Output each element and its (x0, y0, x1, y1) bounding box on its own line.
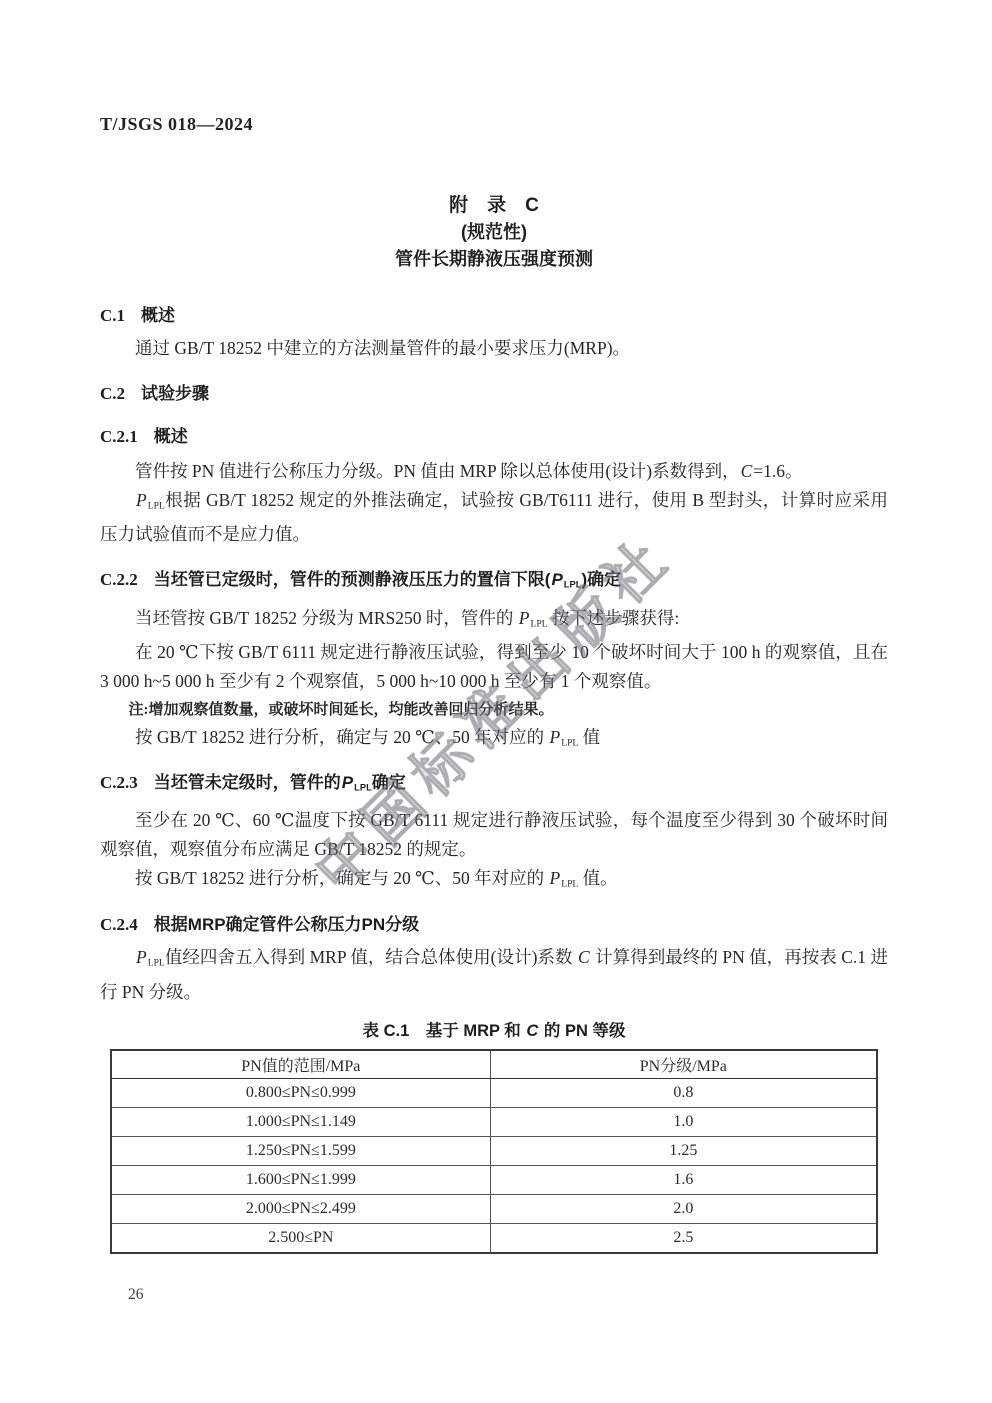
section-number: C.2.4 (100, 915, 138, 934)
pn-grading-table: PN值的范围/MPa PN分级/MPa 0.800≤PN≤0.999 0.8 1… (110, 1049, 878, 1254)
pn-grade-cell: 0.8 (490, 1079, 877, 1108)
pn-grade-cell: 1.25 (490, 1137, 877, 1166)
section-heading-c1: C.1概述 (100, 303, 888, 328)
section-number: C.2.3 (100, 773, 138, 792)
paragraph-c1-1: 通过 GB/T 18252 中建立的方法测量管件的最小要求压力(MRP)。 (100, 334, 888, 363)
section-title: 当坯管未定级时，管件的PLPL确定 (154, 773, 406, 792)
paragraph-c24-1: PLPL值经四舍五入得到 MRP 值，结合总体使用(设计)系数 C 计算得到最终… (100, 943, 888, 1006)
table-row: 2.500≤PN 2.5 (111, 1224, 877, 1253)
section-title: 根据MRP确定管件公称压力PN分级 (154, 915, 419, 934)
section-heading-c2: C.2试验步骤 (100, 381, 888, 406)
section-number: C.2 (100, 384, 125, 403)
pn-grade-cell: 2.5 (490, 1224, 877, 1253)
pn-range-cell: 2.500≤PN (111, 1224, 490, 1253)
appendix-heading: 管件长期静液压强度预测 (100, 246, 888, 273)
standard-number: T/JSGS 018—2024 (100, 112, 888, 136)
note-c22: 注:增加观察值数量，或破坏时间延长，均能改善回归分析结果。 (100, 698, 888, 723)
pn-range-cell: 0.800≤PN≤0.999 (111, 1079, 490, 1108)
pn-range-cell: 1.250≤PN≤1.599 (111, 1137, 490, 1166)
table-caption: 表 C.1 基于 MRP 和 C 的 PN 等级 (100, 1019, 888, 1043)
table-row: 2.000≤PN≤2.499 2.0 (111, 1195, 877, 1224)
paragraph-c21-1: 管件按 PN 值进行公称压力分级。PN 值由 MRP 除以总体使用(设计)系数得… (100, 457, 888, 486)
appendix-title: 附 录 C (100, 192, 888, 219)
section-number: C.2.1 (100, 427, 138, 446)
pn-grade-cell: 1.6 (490, 1166, 877, 1195)
appendix-normative-label: (规范性) (100, 219, 888, 246)
table-header-pn-grade: PN分级/MPa (490, 1050, 877, 1079)
page-content: T/JSGS 018—2024 附 录 C (规范性) 管件长期静液压强度预测 … (0, 0, 992, 1254)
section-heading-c21: C.2.1概述 (100, 424, 888, 449)
table-row: 1.600≤PN≤1.999 1.6 (111, 1166, 877, 1195)
section-number: C.1 (100, 306, 125, 325)
table-row: 0.800≤PN≤0.999 0.8 (111, 1079, 877, 1108)
table-row: 1.250≤PN≤1.599 1.25 (111, 1137, 877, 1166)
table-row: 1.000≤PN≤1.149 1.0 (111, 1108, 877, 1137)
section-title: 试验步骤 (141, 384, 209, 403)
section-title: 概述 (154, 427, 188, 446)
paragraph-c22-3: 按 GB/T 18252 进行分析，确定与 20 ℃、50 年对应的 PLPL … (100, 723, 888, 757)
section-heading-c24: C.2.4根据MRP确定管件公称压力PN分级 (100, 912, 888, 937)
document-page: 中国标准出版社 T/JSGS 018—2024 附 录 C (规范性) 管件长期… (0, 0, 992, 1403)
appendix-title-block: 附 录 C (规范性) 管件长期静液压强度预测 (100, 192, 888, 273)
pn-grade-cell: 1.0 (490, 1108, 877, 1137)
paragraph-c21-2: PLPL根据 GB/T 18252 规定的外推法确定，试验按 GB/T6111 … (100, 486, 888, 549)
pn-grade-cell: 2.0 (490, 1195, 877, 1224)
pn-range-cell: 1.000≤PN≤1.149 (111, 1108, 490, 1137)
section-number: C.2.2 (100, 570, 138, 589)
pn-range-cell: 1.600≤PN≤1.999 (111, 1166, 490, 1195)
table-header-pn-range: PN值的范围/MPa (111, 1050, 490, 1079)
section-heading-c23: C.2.3当坯管未定级时，管件的PLPL确定 (100, 770, 888, 800)
page-number: 26 (128, 1286, 144, 1304)
paragraph-c23-1: 至少在 20 ℃、60 ℃温度下按 GB/T 6111 规定进行静液压试验，每个… (100, 806, 888, 864)
section-heading-c22: C.2.2当坯管已定级时，管件的预测静液压压力的置信下限(PLPL)确定 (100, 567, 888, 597)
paragraph-c22-1: 当坯管按 GB/T 18252 分级为 MRS250 时，管件的 PLPL 按下… (100, 604, 888, 638)
table-header-row: PN值的范围/MPa PN分级/MPa (111, 1050, 877, 1079)
section-title: 当坯管已定级时，管件的预测静液压压力的置信下限(PLPL)确定 (154, 570, 621, 589)
pn-range-cell: 2.000≤PN≤2.499 (111, 1195, 490, 1224)
section-title: 概述 (141, 306, 175, 325)
paragraph-c22-2: 在 20 ℃下按 GB/T 6111 规定进行静液压试验，得到至少 10 个破坏… (100, 638, 888, 696)
paragraph-c23-2: 按 GB/T 18252 进行分析，确定与 20 ℃、50 年对应的 PLPL … (100, 864, 888, 898)
